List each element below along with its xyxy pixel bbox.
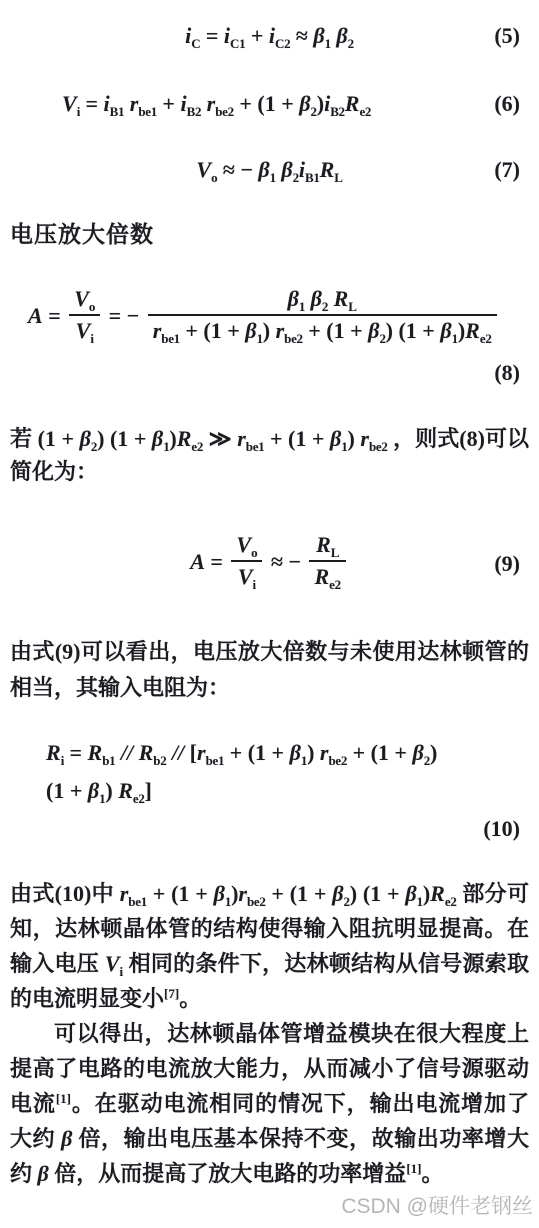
equation-9-number: (9) [494,551,520,577]
equation-5-body: iC = iC1 + iC2 ≈ β1 β2 [185,23,354,49]
equation-5-number: (5) [494,23,520,49]
equation-6-number: (6) [494,91,520,117]
equation-7-number: (7) [494,157,520,183]
equation-6: Vi = iB1 rbe1 + iB2 rbe2 + (1 + β2)iB2Re… [0,76,539,132]
csdn-watermark: CSDN @硬件老钢丝 [341,1190,533,1220]
equation-8-body: A = VoVi = − β1 β2 RLrbe1 + (1 + β1) rbe… [28,289,500,347]
equation-7: Vo ≈ − β1 β2iB1RL (7) [0,142,539,198]
paragraph-condition: 若 (1 + β2) (1 + β1)Re2 ≫ rbe1 + (1 + β1)… [10,422,529,488]
equation-9: A = VoVi ≈ − RLRe2 (9) [0,524,539,604]
paragraph-eq9-result: 由式(9)可以看出，电压放大倍数与未使用达林顿管的相当，其输入电阻为： [10,634,529,706]
paragraph-conclusion: 可以得出，达林顿晶体管增益模块在很大程度上提高了电路的电流放大能力，从而减小了信… [10,1016,529,1191]
equation-10-body: Ri = Rb1 // Rb2 // [rbe1 + (1 + β1) rbe2… [46,740,437,803]
equation-8-number: (8) [494,360,520,386]
equation-7-body: Vo ≈ − β1 β2iB1RL [196,157,342,183]
equation-9-body: A = VoVi ≈ − RLRe2 [190,535,349,593]
document-page: iC = iC1 + iC2 ≈ β1 β2 (5) Vi = iB1 rbe1… [0,0,539,1228]
section-heading: 电压放大倍数 [10,216,154,249]
equation-8: A = VoVi = − β1 β2 RLrbe1 + (1 + β1) rbe… [28,272,500,364]
paragraph-eq10-analysis: 由式(10)中 rbe1 + (1 + β1)rbe2 + (1 + β2) (… [10,876,529,1016]
equation-10: Ri = Rb1 // Rb2 // [rbe1 + (1 + β1) rbe2… [46,734,525,810]
equation-6-body: Vi = iB1 rbe1 + iB2 rbe2 + (1 + β2)iB2Re… [62,91,371,117]
equation-10-number: (10) [483,816,520,842]
equation-5: iC = iC1 + iC2 ≈ β1 β2 (5) [0,8,539,64]
